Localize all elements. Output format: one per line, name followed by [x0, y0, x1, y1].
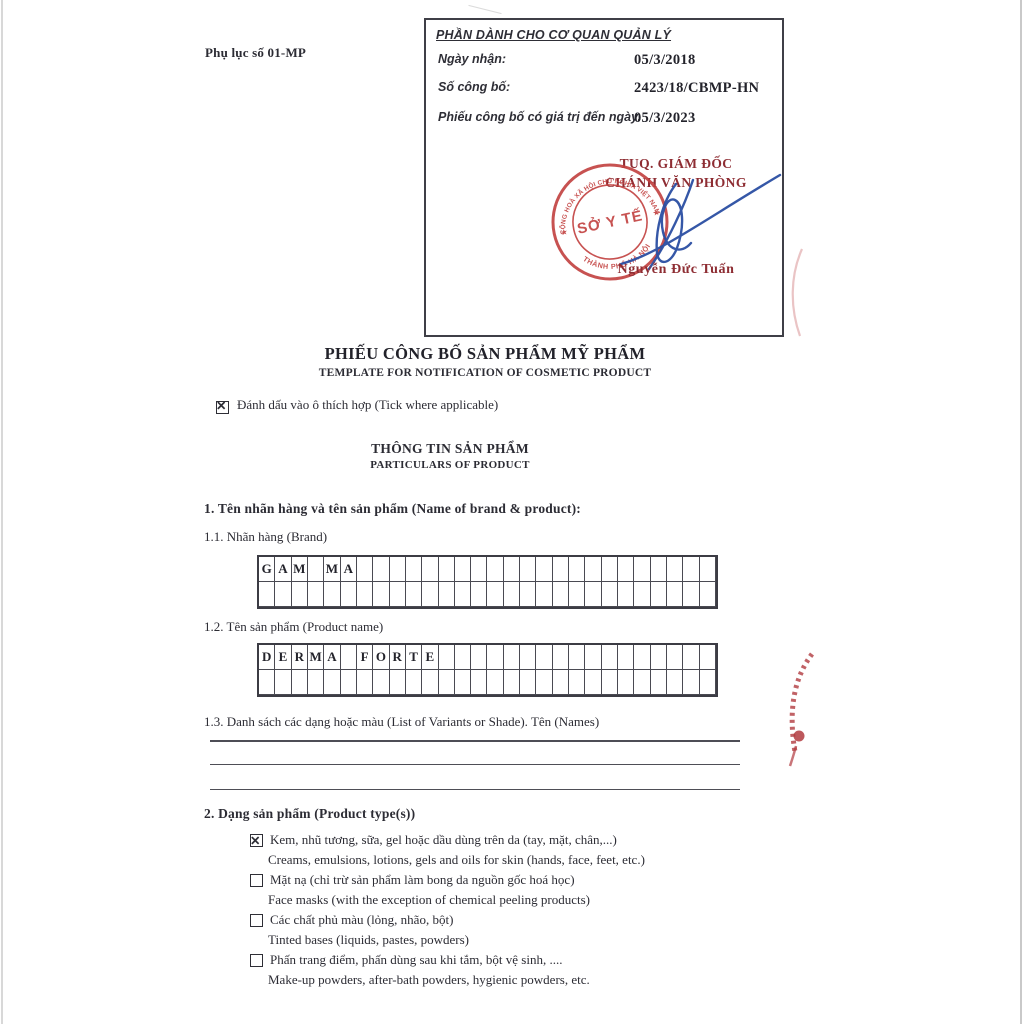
- char-cell[interactable]: A: [324, 645, 340, 670]
- seal-star-left-icon: ★: [560, 227, 569, 237]
- char-cell[interactable]: [439, 582, 455, 607]
- char-cell[interactable]: [406, 557, 422, 582]
- scanned-document-page: Phụ lục số 01-MP PHẦN DÀNH CHO CƠ QUAN Q…: [0, 0, 1024, 1024]
- char-cell[interactable]: [651, 645, 667, 670]
- char-cell[interactable]: [422, 582, 438, 607]
- char-cell[interactable]: [634, 645, 650, 670]
- char-cell[interactable]: [634, 582, 650, 607]
- char-cell[interactable]: [292, 582, 308, 607]
- char-cell[interactable]: A: [275, 557, 291, 582]
- char-cell[interactable]: [455, 557, 471, 582]
- char-cell[interactable]: [341, 645, 357, 670]
- char-cell[interactable]: [324, 670, 340, 695]
- char-cell[interactable]: [455, 645, 471, 670]
- char-cell[interactable]: R: [390, 645, 406, 670]
- scan-edge-right: [1020, 0, 1022, 1024]
- char-cell[interactable]: [667, 557, 683, 582]
- product-type-item: Kem, nhũ tương, sữa, gel hoặc dầu dùng t…: [250, 830, 790, 870]
- product-type-label-vi: Phấn trang điểm, phấn dùng sau khi tắm, …: [270, 950, 562, 970]
- char-cell[interactable]: [275, 670, 291, 695]
- char-cell[interactable]: [308, 582, 324, 607]
- char-cell[interactable]: [667, 645, 683, 670]
- notification-number-value: 2423/18/CBMP-HN: [634, 80, 759, 97]
- char-cell[interactable]: [667, 582, 683, 607]
- char-cell[interactable]: [324, 582, 340, 607]
- char-cell[interactable]: T: [406, 645, 422, 670]
- valid-until-label: Phiếu công bố có giá trị đến ngày.: [438, 110, 641, 124]
- product-type-label-vi: Kem, nhũ tương, sữa, gel hoặc dầu dùng t…: [270, 830, 617, 850]
- variants-label: 1.3. Danh sách các dạng hoặc màu (List o…: [204, 714, 599, 730]
- product-type-item: Mặt nạ (chỉ trừ sản phẩm làm bong da ngu…: [250, 870, 790, 910]
- char-cell[interactable]: [357, 670, 373, 695]
- char-cell[interactable]: [683, 645, 699, 670]
- char-cell[interactable]: [439, 557, 455, 582]
- char-cell[interactable]: [553, 582, 569, 607]
- char-cell[interactable]: [585, 582, 601, 607]
- product-type-checkbox[interactable]: [250, 914, 263, 927]
- tick-note-text: Đánh dấu vào ô thích hợp (Tick where app…: [237, 397, 498, 413]
- product-info-heading-vi: THÔNG TIN SẢN PHẨM: [150, 441, 750, 457]
- char-cell[interactable]: [585, 645, 601, 670]
- section1-heading: 1. Tên nhãn hàng và tên sản phẩm (Name o…: [204, 501, 581, 517]
- document-title: PHIẾU CÔNG BỐ SẢN PHẨM MỸ PHẨM TEMPLATE …: [150, 344, 820, 379]
- char-cell[interactable]: [487, 670, 503, 695]
- tick-note-checkbox[interactable]: [216, 401, 229, 414]
- char-cell[interactable]: F: [357, 645, 373, 670]
- char-cell[interactable]: [259, 670, 275, 695]
- char-cell[interactable]: A: [341, 557, 357, 582]
- product-char-grid: DERMAFORTE: [257, 643, 718, 697]
- product-type-checkbox[interactable]: [250, 874, 263, 887]
- char-cell[interactable]: [471, 645, 487, 670]
- char-cell[interactable]: [602, 645, 618, 670]
- char-cell[interactable]: M: [324, 557, 340, 582]
- field-row-valid-until: Phiếu công bố có giá trị đến ngày. 05/3/…: [426, 110, 782, 130]
- product-type-checkbox[interactable]: [250, 954, 263, 967]
- variants-write-line[interactable]: [210, 740, 740, 742]
- char-cell[interactable]: [390, 557, 406, 582]
- char-cell[interactable]: [390, 582, 406, 607]
- product-info-heading: THÔNG TIN SẢN PHẨM PARTICULARS OF PRODUC…: [150, 441, 750, 471]
- char-cell[interactable]: [422, 670, 438, 695]
- char-cell[interactable]: [504, 670, 520, 695]
- char-cell[interactable]: [569, 645, 585, 670]
- faint-ink-mark: [786, 246, 810, 340]
- char-cell[interactable]: [569, 557, 585, 582]
- product-type-label-en: Tinted bases (liquids, pastes, powders): [250, 930, 790, 950]
- variants-write-line[interactable]: [210, 764, 740, 765]
- char-cell[interactable]: [471, 670, 487, 695]
- char-cell[interactable]: M: [308, 645, 324, 670]
- brand-char-grid: GAMMA: [257, 555, 718, 609]
- char-cell[interactable]: [455, 582, 471, 607]
- char-cell[interactable]: [390, 670, 406, 695]
- char-cell[interactable]: [487, 645, 503, 670]
- char-cell[interactable]: D: [259, 645, 275, 670]
- char-cell[interactable]: [667, 670, 683, 695]
- char-cell[interactable]: [700, 670, 716, 695]
- char-cell[interactable]: [569, 670, 585, 695]
- document-title-vi: PHIẾU CÔNG BỐ SẢN PHẨM MỸ PHẨM: [150, 344, 820, 364]
- char-cell[interactable]: [700, 582, 716, 607]
- char-cell[interactable]: [536, 557, 552, 582]
- authority-box-header: PHẦN DÀNH CHO CƠ QUAN QUẢN LÝ: [436, 28, 671, 42]
- char-cell[interactable]: [536, 582, 552, 607]
- char-cell[interactable]: [683, 582, 699, 607]
- authority-box: PHẦN DÀNH CHO CƠ QUAN QUẢN LÝ Ngày nhận:…: [424, 18, 784, 337]
- char-cell[interactable]: [406, 670, 422, 695]
- char-cell[interactable]: [471, 582, 487, 607]
- char-cell[interactable]: [487, 557, 503, 582]
- received-date-value: 05/3/2018: [634, 52, 696, 69]
- scan-edge-left: [1, 0, 3, 1024]
- char-cell[interactable]: [471, 557, 487, 582]
- product-type-checkbox[interactable]: [250, 834, 263, 847]
- char-cell[interactable]: [341, 582, 357, 607]
- char-cell[interactable]: [504, 582, 520, 607]
- char-cell[interactable]: [553, 645, 569, 670]
- char-cell[interactable]: [683, 670, 699, 695]
- char-cell[interactable]: [487, 582, 503, 607]
- char-cell[interactable]: [700, 645, 716, 670]
- char-cell[interactable]: [275, 582, 291, 607]
- char-cell[interactable]: [357, 557, 373, 582]
- document-title-en: TEMPLATE FOR NOTIFICATION OF COSMETIC PR…: [150, 367, 820, 379]
- char-cell[interactable]: [651, 582, 667, 607]
- char-cell[interactable]: [406, 582, 422, 607]
- char-cell[interactable]: [536, 645, 552, 670]
- char-cell[interactable]: R: [292, 645, 308, 670]
- char-cell[interactable]: [373, 557, 389, 582]
- char-cell[interactable]: [618, 557, 634, 582]
- section2-heading: 2. Dạng sản phẩm (Product type(s)): [204, 806, 415, 822]
- char-cell[interactable]: [553, 557, 569, 582]
- char-cell[interactable]: E: [275, 645, 291, 670]
- received-date-label: Ngày nhận:: [438, 52, 506, 66]
- char-cell[interactable]: [618, 645, 634, 670]
- side-seal-fragment: [780, 650, 826, 770]
- product-type-label-en: Creams, emulsions, lotions, gels and oil…: [250, 850, 790, 870]
- char-cell[interactable]: [308, 670, 324, 695]
- product-type-label-en: Face masks (with the exception of chemic…: [250, 890, 790, 910]
- char-cell[interactable]: [308, 557, 324, 582]
- signer-name: Nguyễn Đức Tuấn: [556, 262, 796, 278]
- product-type-item: Các chất phủ màu (lỏng, nhão, bột) Tinte…: [250, 910, 790, 950]
- char-cell[interactable]: [504, 557, 520, 582]
- char-cell[interactable]: [439, 670, 455, 695]
- char-cell[interactable]: [651, 557, 667, 582]
- char-cell[interactable]: O: [373, 645, 389, 670]
- char-cell[interactable]: [357, 582, 373, 607]
- char-cell[interactable]: [520, 670, 536, 695]
- appendix-label: Phụ lục số 01-MP: [205, 45, 306, 61]
- product-type-item: Phấn trang điểm, phấn dùng sau khi tắm, …: [250, 950, 790, 990]
- brand-label: 1.1. Nhãn hàng (Brand): [204, 529, 327, 545]
- char-cell[interactable]: [651, 670, 667, 695]
- field-row-notification-number: Số công bố: 2423/18/CBMP-HN: [426, 80, 782, 100]
- notification-number-label: Số công bố:: [438, 80, 510, 94]
- char-cell[interactable]: [455, 670, 471, 695]
- product-name-label: 1.2. Tên sản phẩm (Product name): [204, 619, 383, 635]
- tick-note: Đánh dấu vào ô thích hợp (Tick where app…: [216, 397, 498, 414]
- char-cell[interactable]: [618, 582, 634, 607]
- product-type-list: Kem, nhũ tương, sữa, gel hoặc dầu dùng t…: [250, 830, 790, 990]
- char-cell[interactable]: [520, 645, 536, 670]
- char-cell[interactable]: [602, 557, 618, 582]
- field-row-received-date: Ngày nhận: 05/3/2018: [426, 52, 782, 72]
- char-cell[interactable]: [259, 582, 275, 607]
- char-cell[interactable]: [504, 645, 520, 670]
- char-cell[interactable]: [602, 582, 618, 607]
- char-cell[interactable]: [520, 582, 536, 607]
- char-cell[interactable]: [373, 582, 389, 607]
- char-cell[interactable]: [373, 670, 389, 695]
- char-cell[interactable]: E: [422, 645, 438, 670]
- valid-until-value: 05/3/2023: [634, 110, 696, 127]
- char-cell[interactable]: [520, 557, 536, 582]
- char-cell[interactable]: [700, 557, 716, 582]
- char-cell[interactable]: [536, 670, 552, 695]
- char-cell[interactable]: G: [259, 557, 275, 582]
- char-cell[interactable]: M: [292, 557, 308, 582]
- product-info-heading-en: PARTICULARS OF PRODUCT: [150, 459, 750, 471]
- char-cell[interactable]: [292, 670, 308, 695]
- char-cell[interactable]: [585, 670, 601, 695]
- product-type-label-en: Make-up powders, after-bath powders, hyg…: [250, 970, 790, 990]
- char-cell[interactable]: [553, 670, 569, 695]
- char-cell[interactable]: [569, 582, 585, 607]
- char-cell[interactable]: [683, 557, 699, 582]
- product-type-label-vi: Mặt nạ (chỉ trừ sản phẩm làm bong da ngu…: [270, 870, 575, 890]
- char-cell[interactable]: [634, 670, 650, 695]
- char-cell[interactable]: [341, 670, 357, 695]
- char-cell[interactable]: [439, 645, 455, 670]
- variants-write-line[interactable]: [210, 789, 740, 790]
- char-cell[interactable]: [618, 670, 634, 695]
- char-cell[interactable]: [634, 557, 650, 582]
- char-cell[interactable]: [602, 670, 618, 695]
- scan-speck: [468, 5, 501, 14]
- char-cell[interactable]: [585, 557, 601, 582]
- product-type-label-vi: Các chất phủ màu (lỏng, nhão, bột): [270, 910, 453, 930]
- char-cell[interactable]: [422, 557, 438, 582]
